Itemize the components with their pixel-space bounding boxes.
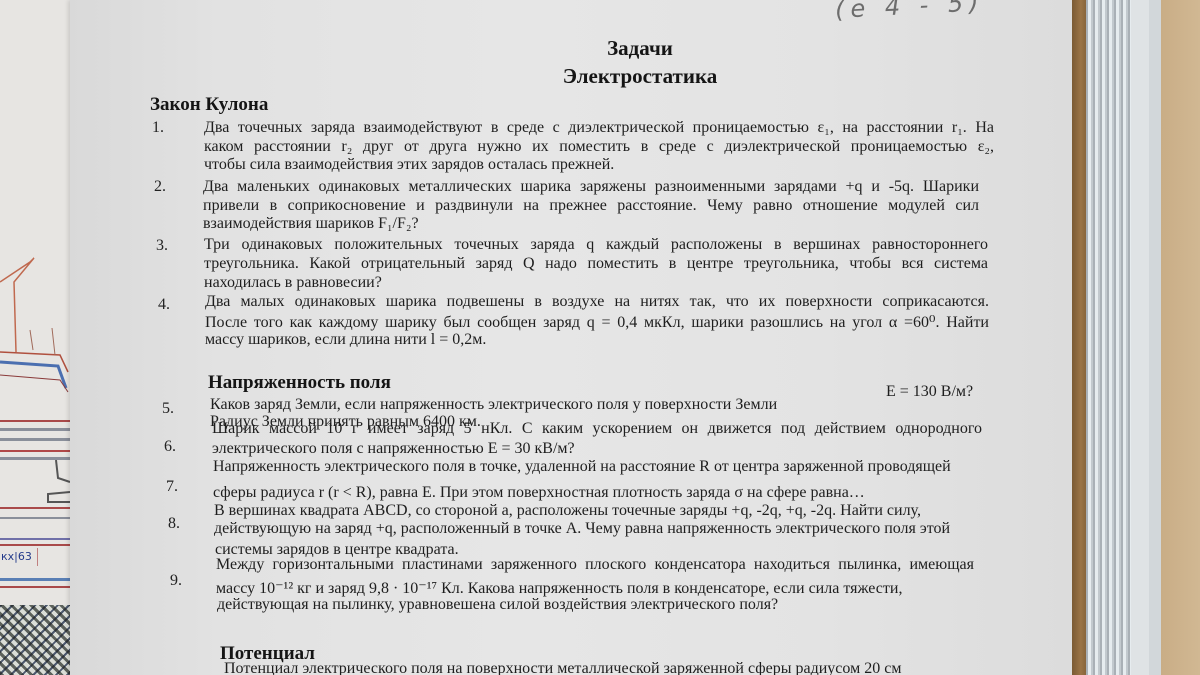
- problem-3-line-1: Три одинаковых положительных точечных за…: [204, 236, 988, 254]
- problem-number: 7.: [166, 478, 178, 496]
- aluminum-frame-rail: [1086, 0, 1161, 675]
- problem-1-line-2: каком расстоянии r₂ друг от друга нужно …: [204, 138, 994, 156]
- problem-2-line-1: Два маленьких одинаковых металлических ш…: [203, 178, 979, 196]
- problem-9-line-1: Между горизонтальными пластинами заряжен…: [216, 556, 974, 574]
- problem-number: 4.: [158, 296, 170, 314]
- problem-number: 1.: [152, 119, 164, 137]
- section-heading-coulomb: Закон Кулона: [150, 94, 268, 116]
- drawing-sketch-icon: [0, 0, 80, 675]
- problem-5-line-1: Каков заряд Земли, если напряженность эл…: [210, 396, 777, 414]
- problem-number: 3.: [156, 237, 168, 255]
- drawing-label: кх|63: [0, 548, 38, 566]
- problem-number: 2.: [154, 178, 166, 196]
- problem-9-line-2: массу 10⁻¹² кг и заряд 9,8 · 10⁻¹⁷ Кл. К…: [216, 578, 902, 598]
- problem-4-line-3: массу шариков, если длина нити l = 0,2м.: [205, 331, 486, 349]
- problem-number: 9.: [170, 572, 182, 590]
- photo-scene: кх|63 (e 4 - 5) Задачи Электростатика За…: [0, 0, 1200, 675]
- problem-8-line-1: В вершинах квадрата ABCD, со стороной a,…: [214, 502, 921, 520]
- problem-2-line-2: привели в соприкосновение и раздвинули н…: [203, 197, 979, 215]
- problem-7-line-2: сферы радиуса r (r < R), равна E. При эт…: [213, 484, 865, 502]
- section-heading-field-strength: Напряженность поля: [208, 372, 391, 394]
- problem-7-line-1: Напряженность электрического поля в точк…: [213, 458, 951, 476]
- problem-3-line-3: находилась в равновесии?: [204, 274, 382, 292]
- problem-4-line-1: Два малых одинаковых шарика подвешены в …: [205, 293, 989, 311]
- page-title: Задачи: [70, 36, 1200, 61]
- drawing-mesh: [0, 605, 80, 675]
- problem-number: 8.: [168, 515, 180, 533]
- problem-10-line-1: Потенциал электрического поля на поверхн…: [224, 660, 901, 675]
- wall-background: [1161, 0, 1200, 675]
- problem-5-field-value: E = 130 В/м?: [886, 383, 973, 401]
- page-subtitle: Электростатика: [70, 64, 1200, 89]
- problem-3-line-2: треугольника. Какой отрицательный заряд …: [204, 255, 988, 273]
- handwritten-note: (e 4 - 5): [834, 0, 985, 24]
- problem-6-line-2: электрического поля с напряженностью E =…: [212, 440, 575, 458]
- problem-1-line-1: Два точечных заряда взаимодействуют в ср…: [204, 119, 994, 137]
- problem-1-line-3: чтобы сила взаимодействия этих зарядов о…: [204, 156, 614, 174]
- problem-sheet: (e 4 - 5) Задачи Электростатика Закон Ку…: [70, 0, 1075, 675]
- problem-number: 6.: [164, 438, 176, 456]
- problem-4-line-2: После того как каждому шарику был сообще…: [205, 312, 989, 332]
- background-drawing: кх|63: [0, 0, 80, 675]
- problem-8-line-2: действующую на заряд +q, расположенный в…: [214, 520, 950, 538]
- problem-9-line-3: действующая на пылинку, уравновешена сил…: [217, 596, 778, 614]
- problem-number: 5.: [162, 400, 174, 418]
- problem-6-line-1: Шарик массой 10 г имеет заряд 5 нКл. С к…: [212, 420, 982, 438]
- problem-2-line-3: взаимодействия шариков F₁/F₂?: [203, 215, 419, 233]
